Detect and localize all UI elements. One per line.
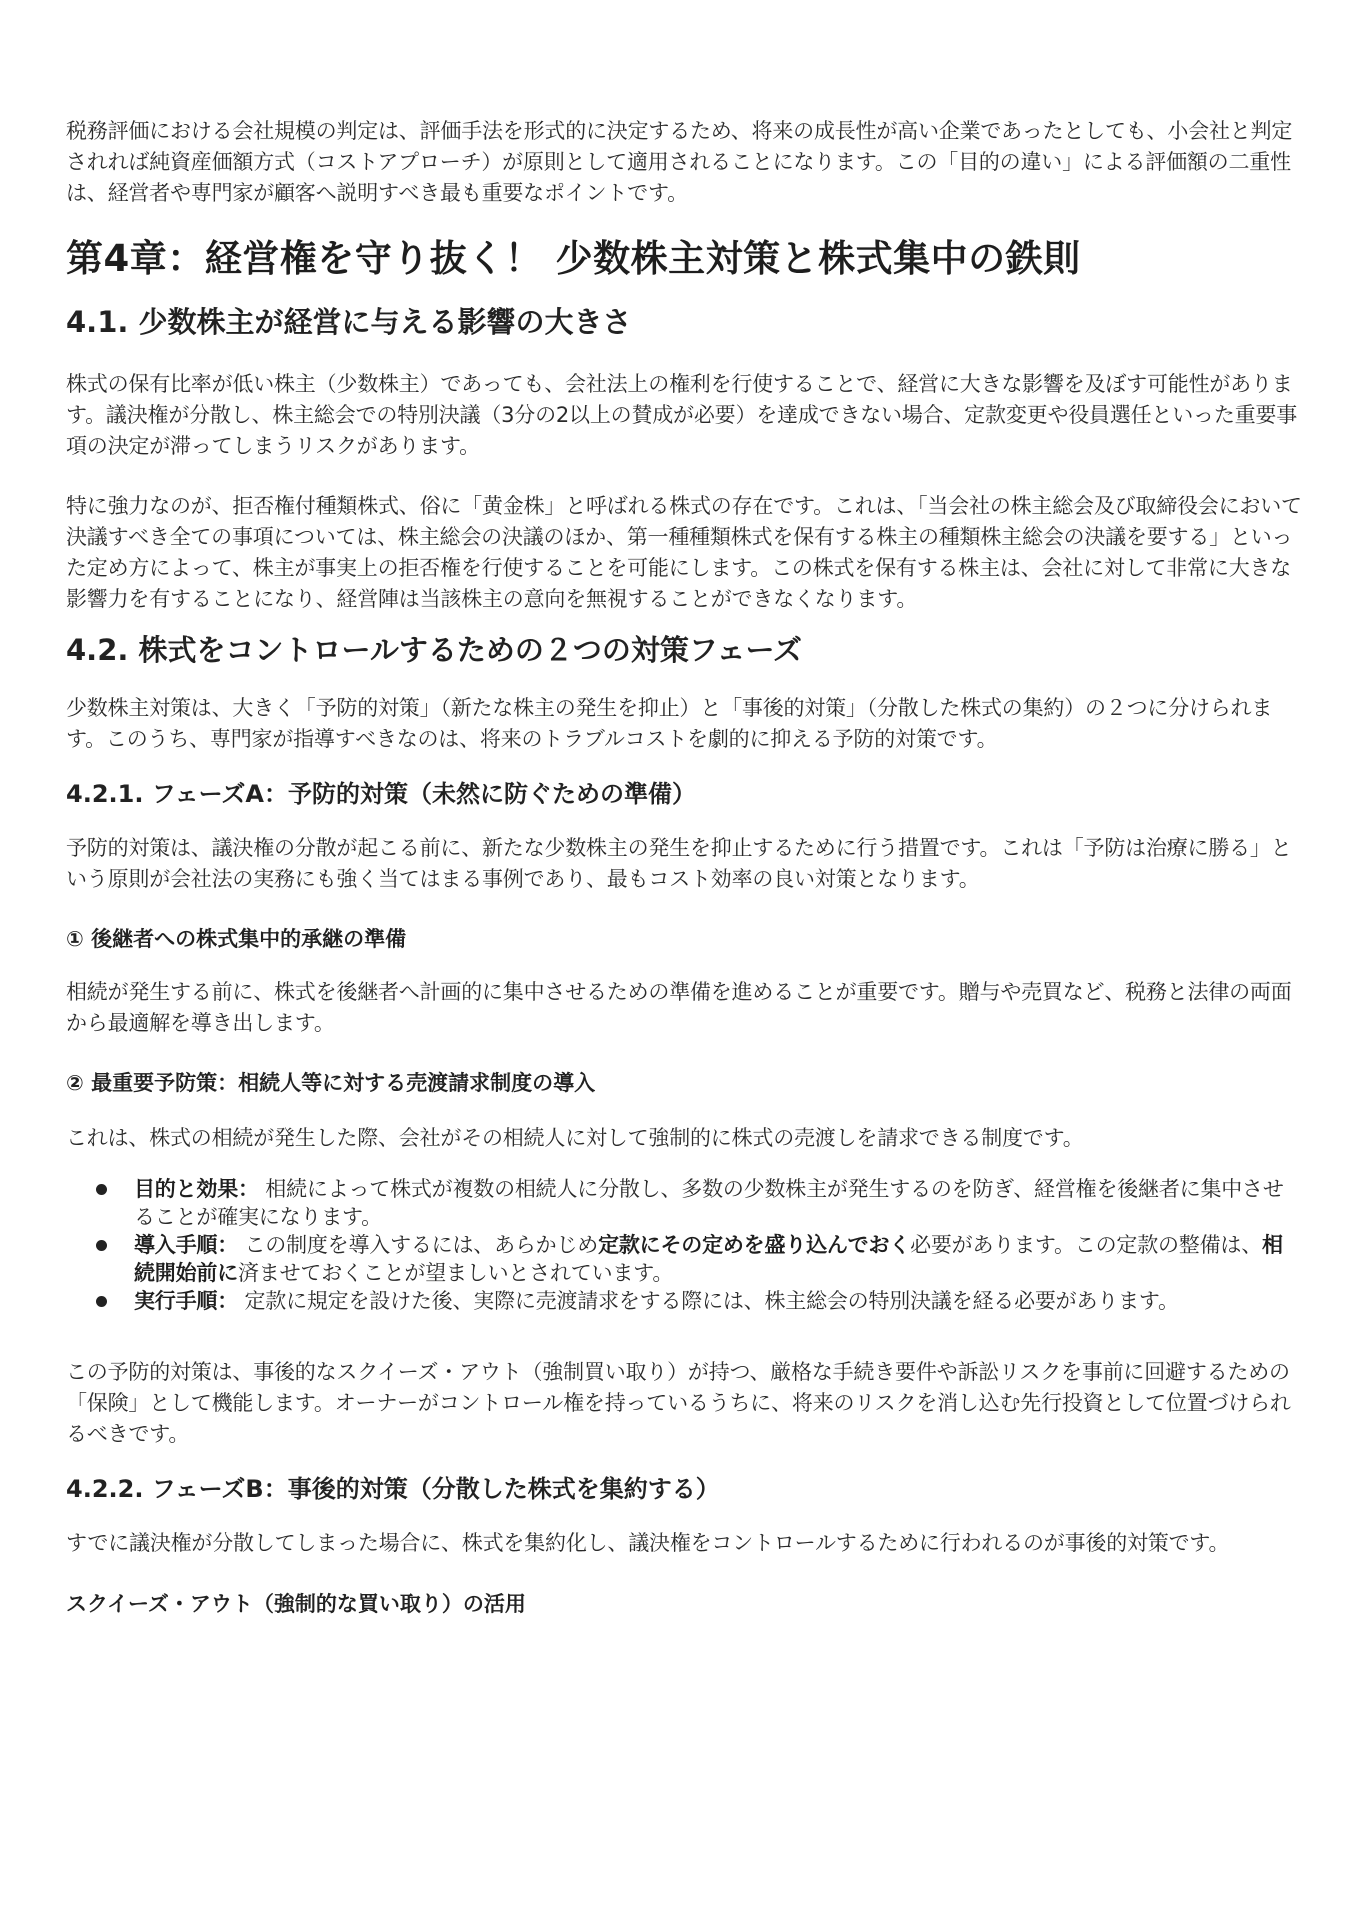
item-2-paragraph: これは、株式の相続が発生した際、会社がその相続人に対して強制的に株式の売渡しを請… [66, 1123, 1302, 1154]
intro-paragraph: 税務評価における会社規模の判定は、評価手法を形式的に決定するため、将来の成長性が… [66, 116, 1302, 209]
bullet-list: 目的と効果： 相続によって株式が複数の相続人に分散し、多数の少数株主が発生するの… [66, 1175, 1302, 1315]
document-page: 税務評価における会社規模の判定は、評価手法を形式的に決定するため、将来の成長性が… [66, 116, 1302, 1619]
item-2-heading: ② 最重要予防策：相続人等に対する売渡請求制度の導入 [66, 1068, 1302, 1098]
item-1-paragraph: 相続が発生する前に、株式を後継者へ計画的に集中させるための準備を進めることが重要… [66, 977, 1302, 1039]
section-4-2-heading: 4.2. 株式をコントロールするための２つの対策フェーズ [66, 629, 1302, 671]
section-4-1-heading: 4.1. 少数株主が経営に与える影響の大きさ [66, 301, 1302, 343]
squeeze-out-heading: スクイーズ・アウト（強制的な買い取り）の活用 [66, 1589, 1302, 1619]
section-4-2-2-heading: 4.2.2. フェーズB：事後的対策（分散した株式を集約する） [66, 1472, 1302, 1506]
section-4-2-1-paragraph: 予防的対策は、議決権の分散が起こる前に、新たな少数株主の発生を抑止するために行う… [66, 833, 1302, 895]
chapter-title: 第4章：経営権を守り抜く！ 少数株主対策と株式集中の鉄則 [66, 233, 1302, 285]
bullet-dot-icon [96, 1296, 107, 1307]
bullet-label: 実行手順： [134, 1289, 238, 1313]
item-1-heading: ① 後継者への株式集中的承継の準備 [66, 924, 1302, 954]
bullet-item-execution: 実行手順： 定款に規定を設けた後、実際に売渡請求をする際には、株主総会の特別決議… [134, 1287, 1302, 1315]
bullet-text: 済ませておくことが望ましいとされています。 [238, 1261, 673, 1285]
bullet-text: この制度を導入するには、あらかじめ [238, 1233, 598, 1257]
bullet-item-introduction: 導入手順： この制度を導入するには、あらかじめ定款にその定めを盛り込んでおく必要… [134, 1231, 1302, 1287]
bullet-dot-icon [96, 1184, 107, 1195]
bullet-emphasis: 定款にその定めを盛り込んでおく [598, 1233, 910, 1257]
section-4-1-paragraph-2: 特に強力なのが、拒否権付種類株式、俗に「黄金株」と呼ばれる株式の存在です。これは… [66, 491, 1302, 615]
section-4-2-1-heading: 4.2.1. フェーズA：予防的対策（未然に防ぐための準備） [66, 777, 1302, 811]
preventive-summary-paragraph: この予防的対策は、事後的なスクイーズ・アウト（強制買い取り）が持つ、厳格な手続き… [66, 1357, 1302, 1450]
bullet-dot-icon [96, 1240, 107, 1251]
bullet-text: 定款に規定を設けた後、実際に売渡請求をする際には、株主総会の特別決議を経る必要が… [238, 1289, 1179, 1313]
bullet-item-purpose: 目的と効果： 相続によって株式が複数の相続人に分散し、多数の少数株主が発生するの… [134, 1175, 1302, 1231]
bullet-label: 目的と効果： [134, 1177, 259, 1201]
bullet-text: 必要があります。この定款の整備は、 [910, 1233, 1262, 1257]
section-4-2-paragraph: 少数株主対策は、大きく「予防的対策」（新たな株主の発生を抑止）と「事後的対策」（… [66, 693, 1302, 755]
bullet-label: 導入手順： [134, 1233, 238, 1257]
section-4-2-2-paragraph: すでに議決権が分散してしまった場合に、株式を集約化し、議決権をコントロールするた… [66, 1528, 1302, 1559]
section-4-1-paragraph-1: 株式の保有比率が低い株主（少数株主）であっても、会社法上の権利を行使することで、… [66, 369, 1302, 462]
bullet-text: 相続によって株式が複数の相続人に分散し、多数の少数株主が発生するのを防ぎ、経営権… [134, 1177, 1284, 1229]
